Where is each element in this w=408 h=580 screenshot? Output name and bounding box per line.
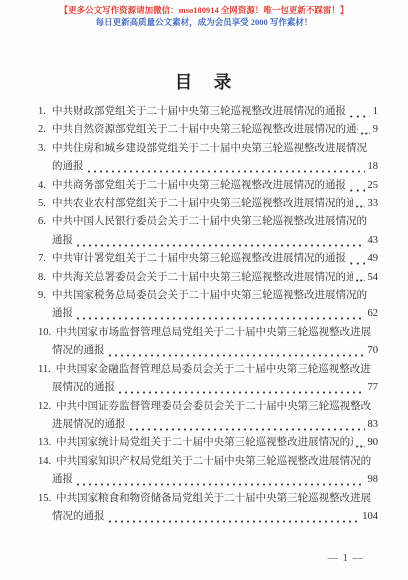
- dotted-leader: [360, 132, 370, 135]
- toc-item-number: 11.: [38, 361, 51, 379]
- toc-item: 11.中共国家金融监督管理总局委员会关于二十届中央第三轮巡视整改进展情况的通报7…: [38, 361, 378, 398]
- toc-page-number: 104: [362, 508, 378, 526]
- dotted-leader: [75, 244, 365, 247]
- dotted-leader: [348, 262, 365, 265]
- toc-item-number: 6.: [38, 213, 47, 231]
- toc-item-number: 13.: [38, 434, 51, 452]
- toc-item-text: 通报: [52, 232, 73, 250]
- toc-page-number: 43: [368, 232, 379, 250]
- toc-item: 13.中共国家统计局党组关于二十届中央第三轮巡视整改进展情况的通报90: [38, 434, 378, 452]
- toc-page-number: 98: [368, 471, 379, 489]
- toc-line: 8.中共海关总署委员会关于二十届中央第三轮巡视整改进展情况的通报54: [38, 269, 378, 287]
- toc-line-continuation: 的通报18: [38, 158, 378, 176]
- toc-item: 7.中共审计署党组关于二十届中央第三轮巡视整改进展情况的通报49: [38, 250, 378, 268]
- promo-header-line2: 每日更新高质量公文素材，成为会员享受 2000 写作素材！: [0, 16, 408, 28]
- toc-page-number: 18: [368, 158, 379, 176]
- toc-item: 2.中共自然资源部党组关于二十届中央第三轮巡视整改进展情况的通报9: [38, 121, 378, 139]
- dotted-leader: [117, 391, 365, 394]
- toc-item-text: 中共国家市场监督管理总局党组关于二十届中央第三轮巡视整改进展: [56, 324, 371, 342]
- dotted-leader: [75, 483, 365, 486]
- toc-item-text: 中共国家粮食和物资储备局党组关于二十届中央第三轮巡视整改进展: [56, 490, 371, 508]
- toc-line: 7.中共审计署党组关于二十届中央第三轮巡视整改进展情况的通报49: [38, 250, 378, 268]
- toc-line: 9.中共国家税务总局委员会关于二十届中央第三轮巡视整改进展情况的: [38, 287, 378, 305]
- toc-item-text: 通报: [52, 305, 73, 323]
- dotted-leader: [75, 317, 365, 320]
- toc-item-text: 中共国家税务总局委员会关于二十届中央第三轮巡视整改进展情况的: [52, 287, 367, 305]
- dotted-leader: [355, 445, 365, 448]
- toc-line: 3.中共住房和城乡建设部党组关于二十届中央第三轮巡视整改进展情况: [38, 140, 378, 158]
- dotted-leader: [107, 354, 365, 357]
- toc-item-number: 14.: [38, 453, 51, 471]
- toc-item: 10.中共国家市场监督管理总局党组关于二十届中央第三轮巡视整改进展情况的通报70: [38, 324, 378, 361]
- toc-item-text: 中共国家知识产权局党组关于二十届中央第三轮巡视整改进展情况的: [56, 453, 371, 471]
- toc-item: 3.中共住房和城乡建设部党组关于二十届中央第三轮巡视整改进展情况的通报18: [38, 140, 378, 177]
- dotted-leader: [348, 189, 365, 192]
- toc-item-text: 中共财政部党组关于二十届中央第三轮巡视整改进展情况的通报: [52, 103, 346, 121]
- toc-page-number: 9: [373, 121, 378, 139]
- toc-item: 4.中共商务部党组关于二十届中央第三轮巡视整改进展情况的通报25: [38, 177, 378, 195]
- toc-line: 10.中共国家市场监督管理总局党组关于二十届中央第三轮巡视整改进展: [38, 324, 378, 342]
- promo-header-line1: 【更多公文写作资源请加微信：mso180914 全网资源！唯一包更新不踩雷！】: [0, 4, 408, 16]
- toc-item-number: 9.: [38, 287, 47, 305]
- toc-item: 15.中共国家粮食和物资储备局党组关于二十届中央第三轮巡视整改进展情况的通报10…: [38, 490, 378, 527]
- toc-line-continuation: 进展情况的通报83: [38, 416, 378, 434]
- toc-item: 12.中共中国证券监督管理委员会委员会关于二十届中央第三轮巡视整改进展情况的通报…: [38, 398, 378, 435]
- toc-item-number: 1.: [38, 103, 47, 121]
- toc-item-text: 中共海关总署委员会关于二十届中央第三轮巡视整改进展情况的通报: [52, 269, 353, 287]
- toc-line: 15.中共国家粮食和物资储备局党组关于二十届中央第三轮巡视整改进展: [38, 490, 378, 508]
- toc-line: 5.中共农业农村部党组关于二十届中央第三轮巡视整改进展情况的通报33: [38, 195, 378, 213]
- toc-line-continuation: 通报98: [38, 471, 378, 489]
- toc-line-continuation: 情况的通报104: [38, 508, 378, 526]
- toc-page-number: 33: [368, 195, 379, 213]
- toc-item-text: 中共审计署党组关于二十届中央第三轮巡视整改进展情况的通报: [52, 250, 346, 268]
- toc-item-text: 进展情况的通报: [52, 416, 126, 434]
- toc-item: 8.中共海关总署委员会关于二十届中央第三轮巡视整改进展情况的通报54: [38, 269, 378, 287]
- footer-page-number: — 1 —: [328, 553, 365, 564]
- toc-item-number: 7.: [38, 250, 47, 268]
- toc-item-text: 中共自然资源部党组关于二十届中央第三轮巡视整改进展情况的通报: [52, 121, 358, 139]
- toc-line-continuation: 展情况的通报77: [38, 379, 378, 397]
- toc-page-number: 25: [368, 177, 379, 195]
- dotted-leader: [348, 115, 370, 118]
- toc-item-text: 情况的通报: [52, 342, 105, 360]
- toc-page-number: 54: [368, 269, 379, 287]
- toc-item: 14.中共国家知识产权局党组关于二十届中央第三轮巡视整改进展情况的通报98: [38, 453, 378, 490]
- toc-line: 6.中共中国人民银行委员会关于二十届中央第三轮巡视整改进展情况的: [38, 213, 378, 231]
- toc-item-text: 中共农业农村部党组关于二十届中央第三轮巡视整改进展情况的通报: [52, 195, 353, 213]
- page-title: 目 录: [0, 69, 408, 94]
- dotted-leader: [128, 428, 365, 431]
- toc-line: 1.中共财政部党组关于二十届中央第三轮巡视整改进展情况的通报1: [38, 103, 378, 121]
- toc-item-text: 中共住房和城乡建设部党组关于二十届中央第三轮巡视整改进展情况: [52, 140, 367, 158]
- toc-item-number: 3.: [38, 140, 47, 158]
- toc-item: 6.中共中国人民银行委员会关于二十届中央第三轮巡视整改进展情况的通报43: [38, 213, 378, 250]
- toc-item-text: 中共中国证券监督管理委员会委员会关于二十届中央第三轮巡视整改: [56, 398, 371, 416]
- toc-page-number: 49: [368, 250, 379, 268]
- toc-line: 12.中共中国证券监督管理委员会委员会关于二十届中央第三轮巡视整改: [38, 398, 378, 416]
- dotted-leader: [355, 279, 365, 282]
- toc-item-text: 的通报: [52, 158, 84, 176]
- toc-line: 2.中共自然资源部党组关于二十届中央第三轮巡视整改进展情况的通报9: [38, 121, 378, 139]
- dotted-leader: [107, 520, 360, 523]
- document-page: 【更多公文写作资源请加微信：mso180914 全网资源！唯一包更新不踩雷！】 …: [0, 0, 408, 580]
- toc-line: 11.中共国家金融监督管理总局委员会关于二十届中央第三轮巡视整改进: [38, 361, 378, 379]
- toc-item-text: 中共国家统计局党组关于二十届中央第三轮巡视整改进展情况的通报: [56, 434, 352, 452]
- dotted-leader: [86, 170, 365, 173]
- toc-item-number: 8.: [38, 269, 47, 287]
- toc-line-continuation: 通报62: [38, 305, 378, 323]
- toc-page-number: 83: [368, 416, 379, 434]
- toc-item: 1.中共财政部党组关于二十届中央第三轮巡视整改进展情况的通报1: [38, 103, 378, 121]
- toc-line: 4.中共商务部党组关于二十届中央第三轮巡视整改进展情况的通报25: [38, 177, 378, 195]
- dotted-leader: [355, 205, 365, 208]
- toc-item-number: 12.: [38, 398, 51, 416]
- toc-page-number: 77: [368, 379, 379, 397]
- toc-item-number: 10.: [38, 324, 51, 342]
- toc-page-number: 90: [368, 434, 379, 452]
- toc-item-number: 4.: [38, 177, 47, 195]
- toc-item-text: 展情况的通报: [52, 379, 115, 397]
- toc-item-text: 中共国家金融监督管理总局委员会关于二十届中央第三轮巡视整改进: [56, 361, 371, 379]
- toc-line-continuation: 通报43: [38, 232, 378, 250]
- toc-page-number: 1: [373, 103, 378, 121]
- toc-item-text: 中共商务部党组关于二十届中央第三轮巡视整改进展情况的通报: [52, 177, 346, 195]
- toc-item-number: 5.: [38, 195, 47, 213]
- toc-page-number: 62: [368, 305, 379, 323]
- toc-line-continuation: 情况的通报70: [38, 342, 378, 360]
- toc-line: 13.中共国家统计局党组关于二十届中央第三轮巡视整改进展情况的通报90: [38, 434, 378, 452]
- toc-item-number: 15.: [38, 490, 51, 508]
- toc-line: 14.中共国家知识产权局党组关于二十届中央第三轮巡视整改进展情况的: [38, 453, 378, 471]
- toc-list: 1.中共财政部党组关于二十届中央第三轮巡视整改进展情况的通报12.中共自然资源部…: [0, 103, 408, 526]
- toc-item-number: 2.: [38, 121, 47, 139]
- toc-item: 5.中共农业农村部党组关于二十届中央第三轮巡视整改进展情况的通报33: [38, 195, 378, 213]
- toc-item: 9.中共国家税务总局委员会关于二十届中央第三轮巡视整改进展情况的通报62: [38, 287, 378, 324]
- toc-item-text: 通报: [52, 471, 73, 489]
- toc-page-number: 70: [368, 342, 379, 360]
- toc-item-text: 中共中国人民银行委员会关于二十届中央第三轮巡视整改进展情况的: [52, 213, 367, 231]
- toc-item-text: 情况的通报: [52, 508, 105, 526]
